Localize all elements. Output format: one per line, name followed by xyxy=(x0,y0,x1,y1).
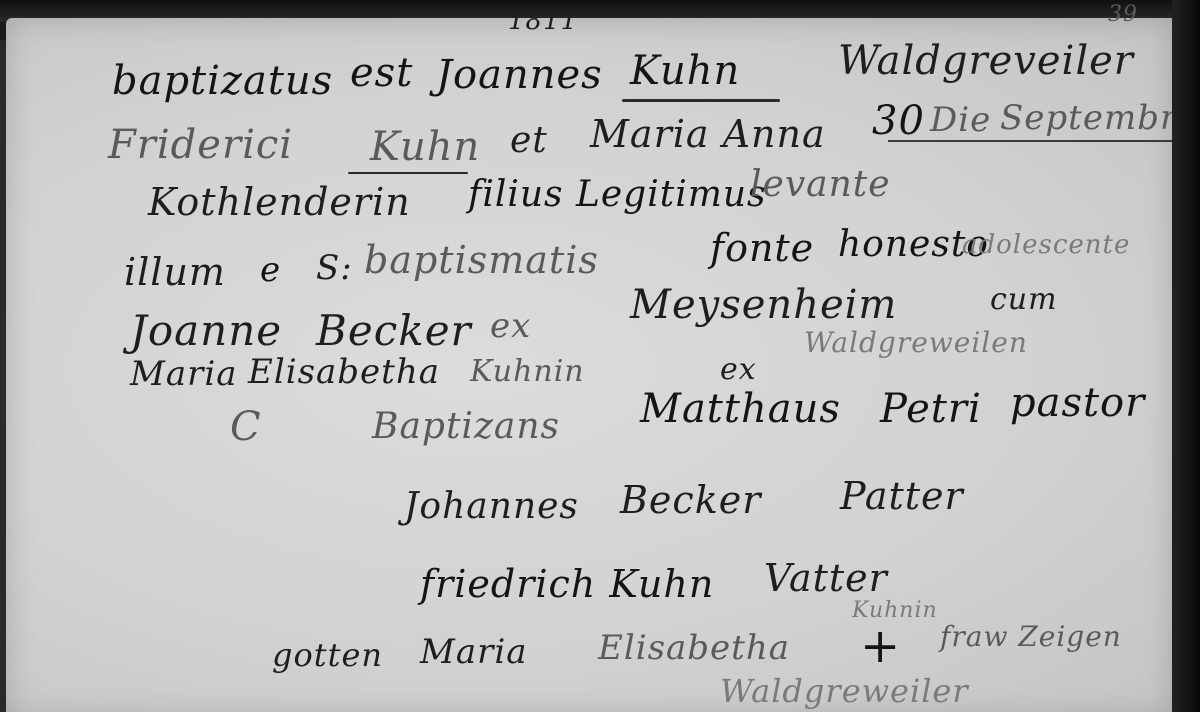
page-number: 39 xyxy=(1108,2,1138,27)
word-illum: illum xyxy=(124,250,226,294)
sig-gotten: gotten xyxy=(272,636,383,674)
date-day: 30 xyxy=(872,98,925,144)
word-pastor: pastor xyxy=(1010,380,1145,426)
word-maria-anna: Maria Anna xyxy=(590,112,826,156)
word-joannes: Joannes xyxy=(436,52,603,98)
year-mark: 1811 xyxy=(508,6,578,36)
date-month: Septembris xyxy=(1000,98,1200,138)
word-friderici: Friderici xyxy=(108,122,293,168)
flourish-c: C xyxy=(230,404,262,450)
sig-maria: Maria xyxy=(420,632,527,672)
sig-fraw-zeigen: fraw Zeigen xyxy=(940,620,1122,653)
sig-friedrich-kuhn: friedrich Kuhn xyxy=(420,562,714,606)
word-kothlenderin: Kothlenderin xyxy=(148,180,411,224)
kuhn-underline xyxy=(622,99,780,102)
word-waldgreweilen: Waldgreweilen xyxy=(804,326,1028,359)
word-levante: levante xyxy=(750,164,891,205)
sig-patter: Patter xyxy=(840,474,964,518)
word-maria-godmother: Maria xyxy=(130,354,237,394)
word-meysenheim: Meysenheim xyxy=(630,282,897,328)
word-adolescente: adolescente xyxy=(962,230,1130,260)
word-kuhn-father: Kuhn xyxy=(370,124,480,170)
word-kuhnin: Kuhnin xyxy=(470,354,585,389)
word-baptizans: Baptizans xyxy=(372,406,560,447)
word-matthaus: Matthaus xyxy=(640,386,841,432)
word-e: e xyxy=(260,250,281,290)
word-baptizatus: baptizatus xyxy=(112,58,333,104)
word-fonte: fonte xyxy=(710,226,814,270)
sig-vatter: Vatter xyxy=(764,556,888,600)
word-filius-legitimus: filius Legitimus xyxy=(468,174,767,215)
word-s: S: xyxy=(316,248,353,288)
word-ex-1: ex xyxy=(490,306,531,346)
kuhn-father-underline xyxy=(348,172,468,174)
word-ex-2: ex xyxy=(720,352,757,387)
word-becker: Becker xyxy=(316,306,472,355)
word-kuhn-child: Kuhn xyxy=(630,48,740,94)
word-petri: Petri xyxy=(880,386,982,432)
cross-mark: + xyxy=(860,618,901,674)
sig-waldgreweiler: Waldgreweiler xyxy=(720,672,969,710)
margin-date-rule xyxy=(888,140,1174,142)
word-et: et xyxy=(510,120,548,161)
sig-becker: Becker xyxy=(620,478,761,522)
sig-johannes: Johannes xyxy=(404,486,579,527)
word-est: est xyxy=(350,50,413,96)
word-baptismatis: baptismatis xyxy=(364,238,599,282)
word-cum: cum xyxy=(990,282,1058,317)
word-elisabetha: Elisabetha xyxy=(248,352,440,392)
word-joanne: Joanne xyxy=(130,306,282,355)
word-waldgreveiler: Waldgreveiler xyxy=(838,38,1134,84)
sig-elisabetha: Elisabetha xyxy=(598,628,790,668)
date-die: Die xyxy=(930,100,991,140)
scan-right-edge xyxy=(1172,0,1200,712)
